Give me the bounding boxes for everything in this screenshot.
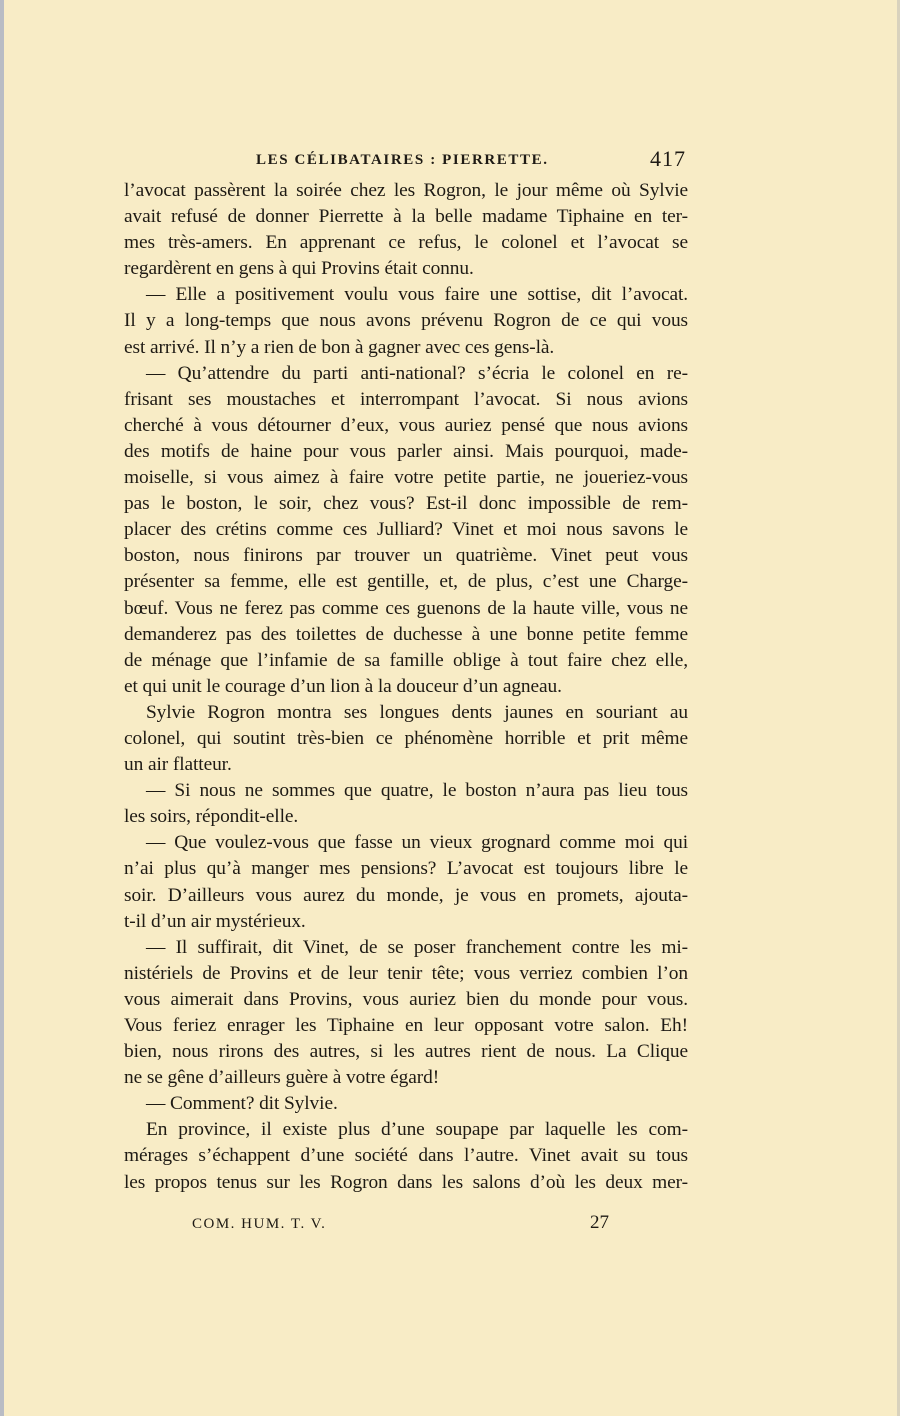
text-line: mérages s’échappent d’une société dans l… <box>124 1143 688 1169</box>
text-line: les soirs, répondit-elle. <box>124 804 688 830</box>
text-line: cherché à vous détourner d’eux, vous aur… <box>124 413 688 439</box>
text-line: regardèrent en gens à qui Provins était … <box>124 256 688 282</box>
text-line: boston, nous finirons par trouver un qua… <box>124 543 688 569</box>
running-title: LES CÉLIBATAIRES : PIERRETTE. <box>256 152 549 169</box>
text-line: soir. D’ailleurs vous aurez du monde, je… <box>124 883 688 909</box>
text-line: les propos tenus sur les Rogron dans les… <box>124 1170 688 1196</box>
text-line: Sylvie Rogron montra ses longues dents j… <box>124 700 688 726</box>
text-line: bien, nous rirons des autres, si les aut… <box>124 1039 688 1065</box>
text-line: — Il suffirait, dit Vinet, de se poser f… <box>124 935 688 961</box>
text-line: de ménage que l’infamie de sa famille ob… <box>124 648 688 674</box>
text-line: — Comment? dit Sylvie. <box>124 1091 688 1117</box>
text-line: — Qu’attendre du parti anti-national? s’… <box>124 361 688 387</box>
text-line: avait refusé de donner Pierrette à la be… <box>124 204 688 230</box>
text-line: — Elle a positivement voulu vous faire u… <box>124 282 688 308</box>
printer-signature: COM. HUM. T. V. <box>192 1216 326 1233</box>
text-line: et qui unit le courage d’un lion à la do… <box>124 674 688 700</box>
text-line: frisant ses moustaches et interrompant l… <box>124 387 688 413</box>
text-line: Vous feriez enrager les Tiphaine en leur… <box>124 1013 688 1039</box>
text-line: colonel, qui soutint très-bien ce phénom… <box>124 726 688 752</box>
text-line: des motifs de haine pour vous parler ain… <box>124 439 688 465</box>
text-line: l’avocat passèrent la soirée chez les Ro… <box>124 178 688 204</box>
text-line: placer des crétins comme ces Julliard? V… <box>124 517 688 543</box>
text-line: présenter sa femme, elle est gentille, e… <box>124 569 688 595</box>
text-line: n’ai plus qu’à manger mes pensions? L’av… <box>124 856 688 882</box>
body-text: l’avocat passèrent la soirée chez les Ro… <box>124 178 688 1196</box>
text-line: mes très-amers. En apprenant ce refus, l… <box>124 230 688 256</box>
text-line: Il y a long-temps que nous avons prévenu… <box>124 308 688 334</box>
text-line: vous aimerait dans Provins, vous auriez … <box>124 987 688 1013</box>
text-line: t-il d’un air mystérieux. <box>124 909 688 935</box>
text-line: ne se gêne d’ailleurs guère à votre égar… <box>124 1065 688 1091</box>
text-line: nistériels de Provins et de leur tenir t… <box>124 961 688 987</box>
text-line: est arrivé. Il n’y a rien de bon à gagne… <box>124 335 688 361</box>
text-line: bœuf. Vous ne ferez pas comme ces guenon… <box>124 596 688 622</box>
text-line: moiselle, si vous aimez à faire votre pe… <box>124 465 688 491</box>
text-line: En province, il existe plus d’une soupap… <box>124 1117 688 1143</box>
signature-folio: 27 <box>590 1212 609 1234</box>
text-line: — Si nous ne sommes que quatre, le bosto… <box>124 778 688 804</box>
page-footer: COM. HUM. T. V. 27 <box>124 1210 688 1240</box>
text-line: pas le boston, le soir, chez vous? Est-i… <box>124 491 688 517</box>
page-header: LES CÉLIBATAIRES : PIERRETTE. 417 <box>124 146 688 176</box>
text-line: — Que voulez-vous que fasse un vieux gro… <box>124 830 688 856</box>
page-number: 417 <box>650 146 686 172</box>
text-line: demanderez pas des toilettes de duchesse… <box>124 622 688 648</box>
scan-left-edge <box>0 0 4 1416</box>
text-line: un air flatteur. <box>124 752 688 778</box>
